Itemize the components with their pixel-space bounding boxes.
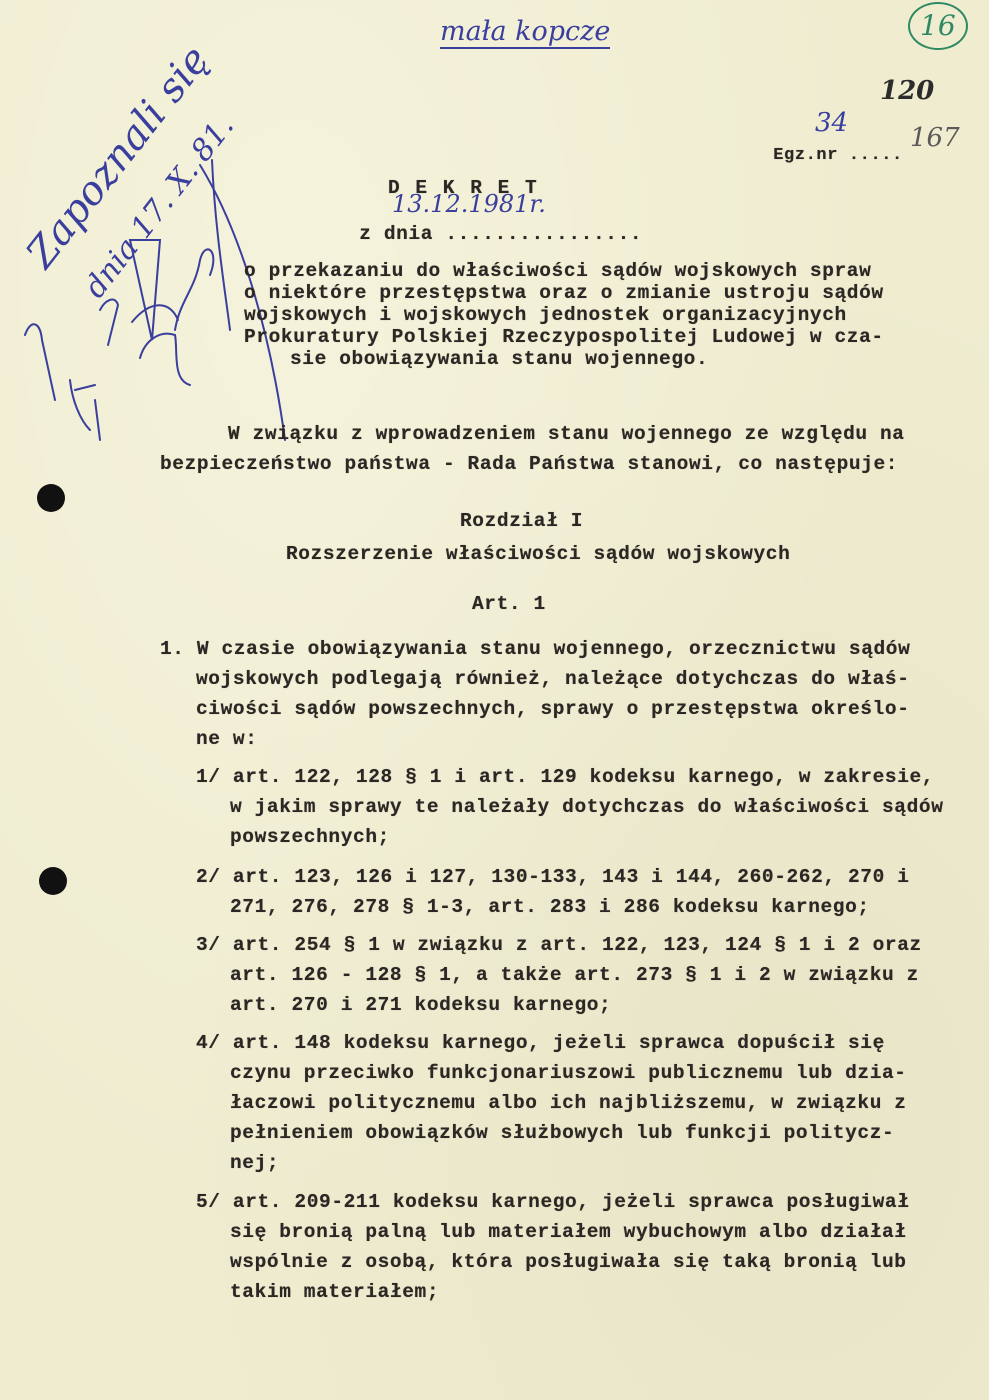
subject-line: o przekazaniu do właściwości sądów wojsk… (244, 262, 871, 282)
circled-folio-number: 16 (908, 2, 968, 50)
item-line: się bronią palną lub materiałem wybuchow… (230, 1223, 907, 1243)
chapter-label: Rozdział I (460, 512, 583, 532)
folio-number: 16 (920, 12, 956, 40)
item-line: art. 126 - 128 § 1, a także art. 273 § 1… (230, 966, 919, 986)
item-line: 1/ art. 122, 128 § 1 i art. 129 kodeksu … (196, 768, 934, 788)
subject-line: wojskowych i wojskowych jednostek organi… (244, 306, 847, 326)
item-line: 5/ art. 209-211 kodeksu karnego, jeżeli … (196, 1193, 910, 1213)
paragraph-line: wojskowych podlegają również, należące d… (196, 670, 910, 690)
item-line: pełnieniem obowiązków służbowych lub fun… (230, 1124, 894, 1144)
paragraph-line: ciwości sądów powszechnych, sprawy o prz… (196, 700, 910, 720)
item-line: czynu przeciwko funkcjonariuszowi public… (230, 1064, 907, 1084)
item-line: w jakim sprawy te należały dotychczas do… (230, 798, 944, 818)
item-line: takim materiałem; (230, 1283, 439, 1303)
item-line: 271, 276, 278 § 1-3, art. 283 i 286 kode… (230, 898, 870, 918)
subject-line: o niektóre przestępstwa oraz o zmianie u… (244, 284, 884, 304)
date-handwritten: 13.12.1981r. (392, 192, 546, 216)
item-line: nej; (230, 1154, 279, 1174)
item-line: art. 270 i 271 kodeksu karnego; (230, 996, 611, 1016)
punch-hole-top (37, 484, 65, 512)
item-line: powszechnych; (230, 828, 390, 848)
article-heading: Art. 1 (472, 595, 546, 615)
item-line: 2/ art. 123, 126 i 127, 130-133, 143 i 1… (196, 868, 910, 888)
copy-number-handwritten: 34 (815, 110, 848, 136)
page-number-120: 120 (880, 78, 934, 104)
item-line: wspólnie z osobą, która posługiwała się … (230, 1253, 907, 1273)
preamble-line: bezpieczeństwo państwa - Rada Państwa st… (160, 455, 898, 475)
page-number-167: 167 (910, 125, 960, 151)
preamble-line: W związku z wprowadzeniem stanu wojenneg… (228, 425, 905, 445)
subject-line: Prokuratury Polskiej Rzeczypospolitej Lu… (244, 328, 884, 348)
item-line: 3/ art. 254 § 1 w związku z art. 122, 12… (196, 936, 922, 956)
punch-hole-bottom (39, 867, 67, 895)
chapter-title: Rozszerzenie właściwości sądów wojskowyc… (286, 545, 790, 565)
paragraph-line: ne w: (196, 730, 258, 750)
paragraph-line: 1. W czasie obowiązywania stanu wojenneg… (160, 640, 910, 660)
subject-line: sie obowiązywania stanu wojennego. (290, 350, 708, 370)
item-line: 4/ art. 148 kodeksu karnego, jeżeli spra… (196, 1034, 885, 1054)
item-line: łaczowi politycznemu albo ich najbliższe… (230, 1094, 907, 1114)
document-page: mała kopcze 16 120 167 Egz.nr ..... 34 Z… (0, 0, 989, 1400)
handwritten-title-note: mała kopcze (440, 18, 610, 49)
